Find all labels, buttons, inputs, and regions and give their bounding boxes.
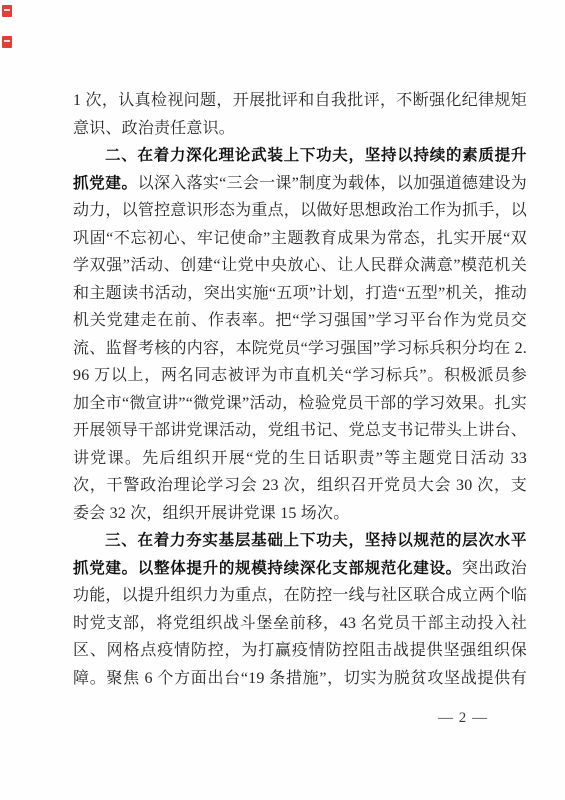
text-segment: 以深入落实“三会一课”制度为载体，以加强道德建设为动力，以管控意识形态为重点，以… [73,175,527,522]
paragraph: 1 次，认真检视问题，开展批评和自我批评，不断强化纪律规矩意识、政治责任意识。 [73,87,527,142]
paragraph: 三、在着力夯实基层基础上下功夫，坚持以规范的层次水平抓党建。以整体提升的规模持续… [73,527,527,692]
text-segment: 突出政治功能，以提升组织力为重点，在防控一线与社区联合成立两个临时党支部，将党组… [73,560,527,687]
edge-stamp-marks [2,5,14,67]
bold-text-segment: 三、在着力夯实基层基础上下功夫，坚持以规范的层次水平抓党建。以整体提升的规模持续… [73,532,527,577]
scanned-document-page: 1 次，认真检视问题，开展批评和自我批评，不断强化纪律规矩意识、政治责任意识。二… [0,0,565,800]
paragraph: 二、在着力深化理论武装上下功夫，坚持以持续的素质提升抓党建。以深入落实“三会一课… [73,142,527,527]
red-stamp-mark-icon [2,5,12,17]
red-stamp-mark-icon [2,36,12,48]
page-number: — 2 — [438,710,488,727]
text-segment: 1 次，认真检视问题，开展批评和自我批评，不断强化纪律规矩意识、政治责任意识。 [73,92,527,137]
document-body: 1 次，认真检视问题，开展批评和自我批评，不断强化纪律规矩意识、政治责任意识。二… [73,87,527,692]
